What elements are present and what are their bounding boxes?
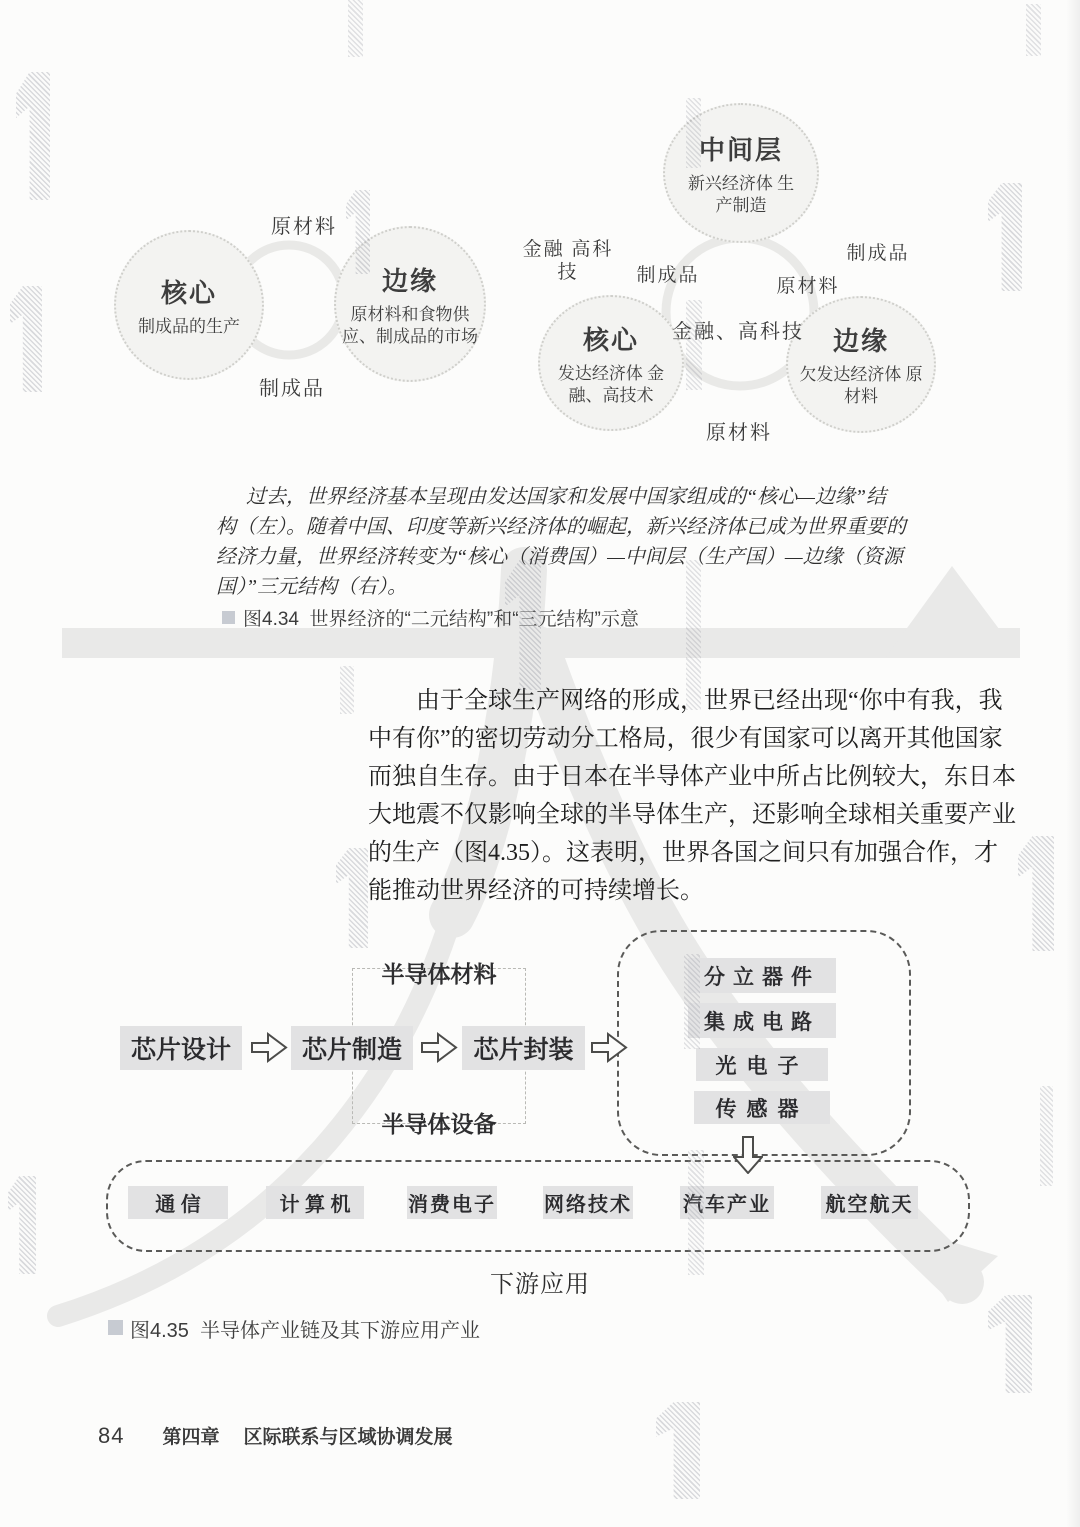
body-line: 能推动世界经济的可持续增长。 xyxy=(368,872,990,910)
device-sensors: 传感器 xyxy=(694,1091,830,1124)
figure-434-caption-label: 图4.34 xyxy=(243,609,299,630)
semiconductor-materials-label: 半导体材料 xyxy=(370,956,508,989)
downstream-applications-label: 下游应用 xyxy=(440,1264,640,1299)
chain-step-chip-fabrication: 芯片制造 xyxy=(291,1026,413,1070)
app-communications: 通 信 xyxy=(128,1186,228,1219)
binary-core-circle: 核心 制成品的生产 xyxy=(114,230,264,380)
app-network-technology: 网络技术 xyxy=(543,1186,633,1219)
ternary-core-desc: 发达经济体 金融、高技术 xyxy=(545,363,677,407)
semiconductor-equipment-label: 半导体设备 xyxy=(370,1106,508,1139)
device-integrated-circuits: 集成电路 xyxy=(688,1003,836,1038)
binary-core-title: 核心 xyxy=(161,273,217,310)
right-arrow-icon xyxy=(420,1032,458,1063)
ternary-raw-right-label: 原材料 xyxy=(768,271,848,298)
ternary-raw-bottom-label: 原材料 xyxy=(689,416,789,445)
app-automotive-industry: 汽车产业 xyxy=(680,1186,774,1219)
ternary-periphery-title: 边缘 xyxy=(833,321,889,358)
page-number: 84 xyxy=(98,1423,124,1448)
ternary-finance-hightech-label: 金融 高科技 xyxy=(518,238,618,284)
intro-line: 过去，世界经济基本呈现由发达国家和发展中国家组成的“核心—边缘”结 xyxy=(216,482,864,512)
ternary-middle-circle: 中间层 新兴经济体 生产制造 xyxy=(663,103,819,243)
figure-434-intro-paragraph: 过去，世界经济基本呈现由发达国家和发展中国家组成的“核心—边缘”结 构（左）。随… xyxy=(216,482,864,602)
binary-periphery-desc: 原材料和食物供应、制成品的市场 xyxy=(342,304,478,348)
chain-step-chip-packaging: 芯片封装 xyxy=(462,1026,585,1070)
ternary-periphery-circle: 边缘 欠发达经济体 原材料 xyxy=(786,296,936,433)
body-line: 由于全球生产网络的形成，世界已经出现“你中有我，我 xyxy=(368,682,990,720)
intro-line: 国）”三元结构（右）。 xyxy=(216,572,864,602)
caption-bullet-icon xyxy=(108,1320,123,1335)
app-computers: 计 算 机 xyxy=(266,1186,364,1219)
ternary-middle-desc: 新兴经济体 生产制造 xyxy=(681,173,801,217)
figure-435-caption-label: 图4.35 xyxy=(130,1320,189,1342)
scanned-textbook-page: 核心 制成品的生产 边缘 原材料和食物供应、制成品的市场 原材料 制成品 中间层… xyxy=(0,0,1080,1527)
chapter-label: 第四章 xyxy=(162,1427,219,1448)
body-line: 中有你”的密切劳动分工格局，很少有国家可以离开其他国家 xyxy=(368,720,990,758)
chain-step-chip-design: 芯片设计 xyxy=(120,1026,242,1070)
binary-periphery-title: 边缘 xyxy=(382,261,438,298)
figure-434-caption: 图4.34 世界经济的“二元结构”和“三元结构”示意 xyxy=(243,604,639,631)
body-line: 的生产（图4.35）。这表明，世界各国之间只有加强合作，才 xyxy=(368,834,990,872)
caption-bullet-icon xyxy=(222,611,235,624)
device-optoelectronics: 光电子 xyxy=(696,1048,828,1081)
binary-periphery-circle: 边缘 原材料和食物供应、制成品的市场 xyxy=(334,226,486,382)
page-footer: 84第四章区际联系与区域协调发展 xyxy=(98,1422,453,1449)
intro-line: 经济力量，世界经济转变为“核心（消费国）—中间层（生产国）—边缘（资源 xyxy=(216,542,864,572)
app-aerospace: 航空航天 xyxy=(821,1186,918,1219)
app-consumer-electronics: 消费电子 xyxy=(407,1186,497,1219)
ternary-periphery-desc: 欠发达经济体 原材料 xyxy=(794,364,928,408)
binary-raw-material-label: 原材料 xyxy=(254,210,354,239)
ternary-core-circle: 核心 发达经济体 金融、高技术 xyxy=(538,295,684,431)
scan-edge-shadow xyxy=(1066,0,1080,1527)
figure-435-caption: 图4.35 半导体产业链及其下游应用产业 xyxy=(130,1314,480,1343)
body-paragraph: 由于全球生产网络的形成，世界已经出现“你中有我，我 中有你”的密切劳动分工格局，… xyxy=(368,682,990,910)
ternary-center-label: 金融、高科技 xyxy=(668,315,808,344)
body-line: 而独自生存。由于日本在半导体产业中所占比例较大，东日本 xyxy=(368,758,990,796)
ternary-products-left-label: 制成品 xyxy=(630,260,706,287)
ternary-middle-title: 中间层 xyxy=(699,130,783,167)
ternary-products-right-label: 制成品 xyxy=(838,238,918,265)
body-line: 大地震不仅影响全球的半导体生产，还影响全球相关重要产业 xyxy=(368,796,990,834)
device-discrete-devices: 分立器件 xyxy=(688,958,836,993)
right-arrow-icon xyxy=(250,1032,288,1063)
figure-435-caption-text: 半导体产业链及其下游应用产业 xyxy=(200,1320,480,1342)
chapter-title: 区际联系与区域协调发展 xyxy=(244,1427,453,1448)
binary-finished-goods-label: 制成品 xyxy=(242,372,342,401)
down-arrow-icon xyxy=(733,1136,763,1174)
intro-line: 构（左）。随着中国、印度等新兴经济体的崛起，新兴经济体已成为世界重要的 xyxy=(216,512,864,542)
figure-434-caption-text: 世界经济的“二元结构”和“三元结构”示意 xyxy=(310,609,639,630)
binary-core-desc: 制成品的生产 xyxy=(125,316,253,338)
right-arrow-icon xyxy=(590,1032,628,1063)
ternary-core-title: 核心 xyxy=(583,320,639,357)
